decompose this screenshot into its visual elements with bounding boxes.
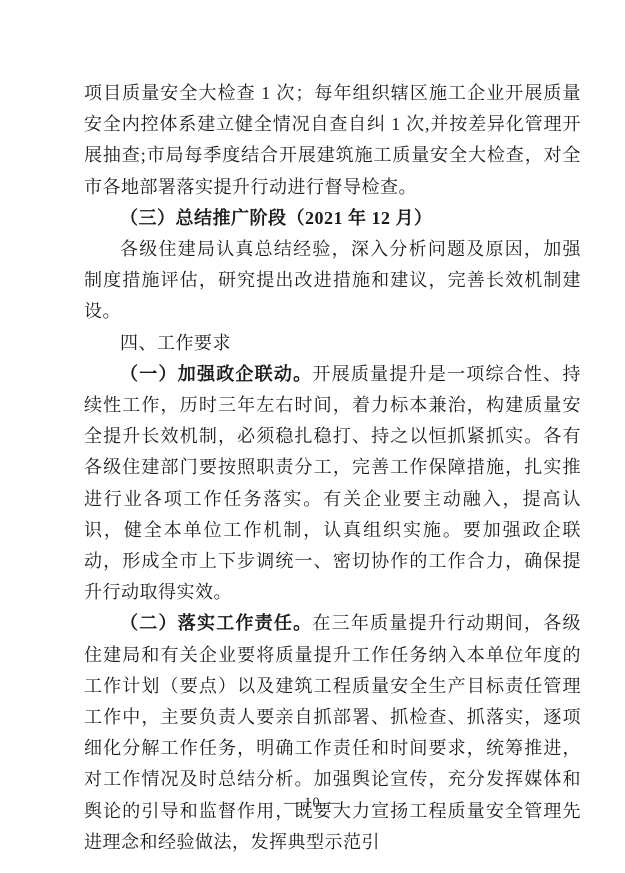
heading-section-four: 四、工作要求: [84, 328, 581, 359]
page-number-footer: — 10 —: [0, 795, 625, 812]
paragraph-text: 各级住建局认真总结经验，深入分析问题及原因，加强制度措施评估，研究提出改进措施和…: [84, 239, 581, 321]
paragraph-lead-bold: （二）落实工作责任。: [120, 613, 312, 633]
paragraph-lead-bold: （一）加强政企联动。: [120, 364, 312, 384]
paragraph-requirement-one: （一）加强政企联动。开展质量提升是一项综合性、持续性工作，历时三年左右时间，着力…: [84, 359, 581, 609]
heading-text: 四、工作要求: [120, 333, 231, 353]
heading-text: （三）总结推广阶段（2021 年 12 月）: [120, 208, 433, 228]
document-body: 项目质量安全大检查 1 次；每年组织辖区施工企业开展质量安全内控体系建立健全情况…: [84, 78, 581, 858]
heading-stage-three: （三）总结推广阶段（2021 年 12 月）: [84, 203, 581, 234]
paragraph-summary-stage: 各级住建局认真总结经验，深入分析问题及原因，加强制度措施评估，研究提出改进措施和…: [84, 234, 581, 328]
paragraph-requirement-two: （二）落实工作责任。在三年质量提升行动期间，各级住建局和有关企业要将质量提升工作…: [84, 608, 581, 858]
paragraph-inspection-continuation: 项目质量安全大检查 1 次；每年组织辖区施工企业开展质量安全内控体系建立健全情况…: [84, 78, 581, 203]
paragraph-text: 在三年质量提升行动期间，各级住建局和有关企业要将质量提升工作任务纳入本单位年度的…: [84, 613, 581, 851]
paragraph-text: 开展质量提升是一项综合性、持续性工作，历时三年左右时间，着力标本兼治，构建质量安…: [84, 364, 581, 602]
paragraph-text: 项目质量安全大检查 1 次；每年组织辖区施工企业开展质量安全内控体系建立健全情况…: [84, 83, 581, 197]
document-page: 项目质量安全大检查 1 次；每年组织辖区施工企业开展质量安全内控体系建立健全情况…: [0, 0, 625, 873]
page-number: — 10 —: [284, 795, 341, 811]
